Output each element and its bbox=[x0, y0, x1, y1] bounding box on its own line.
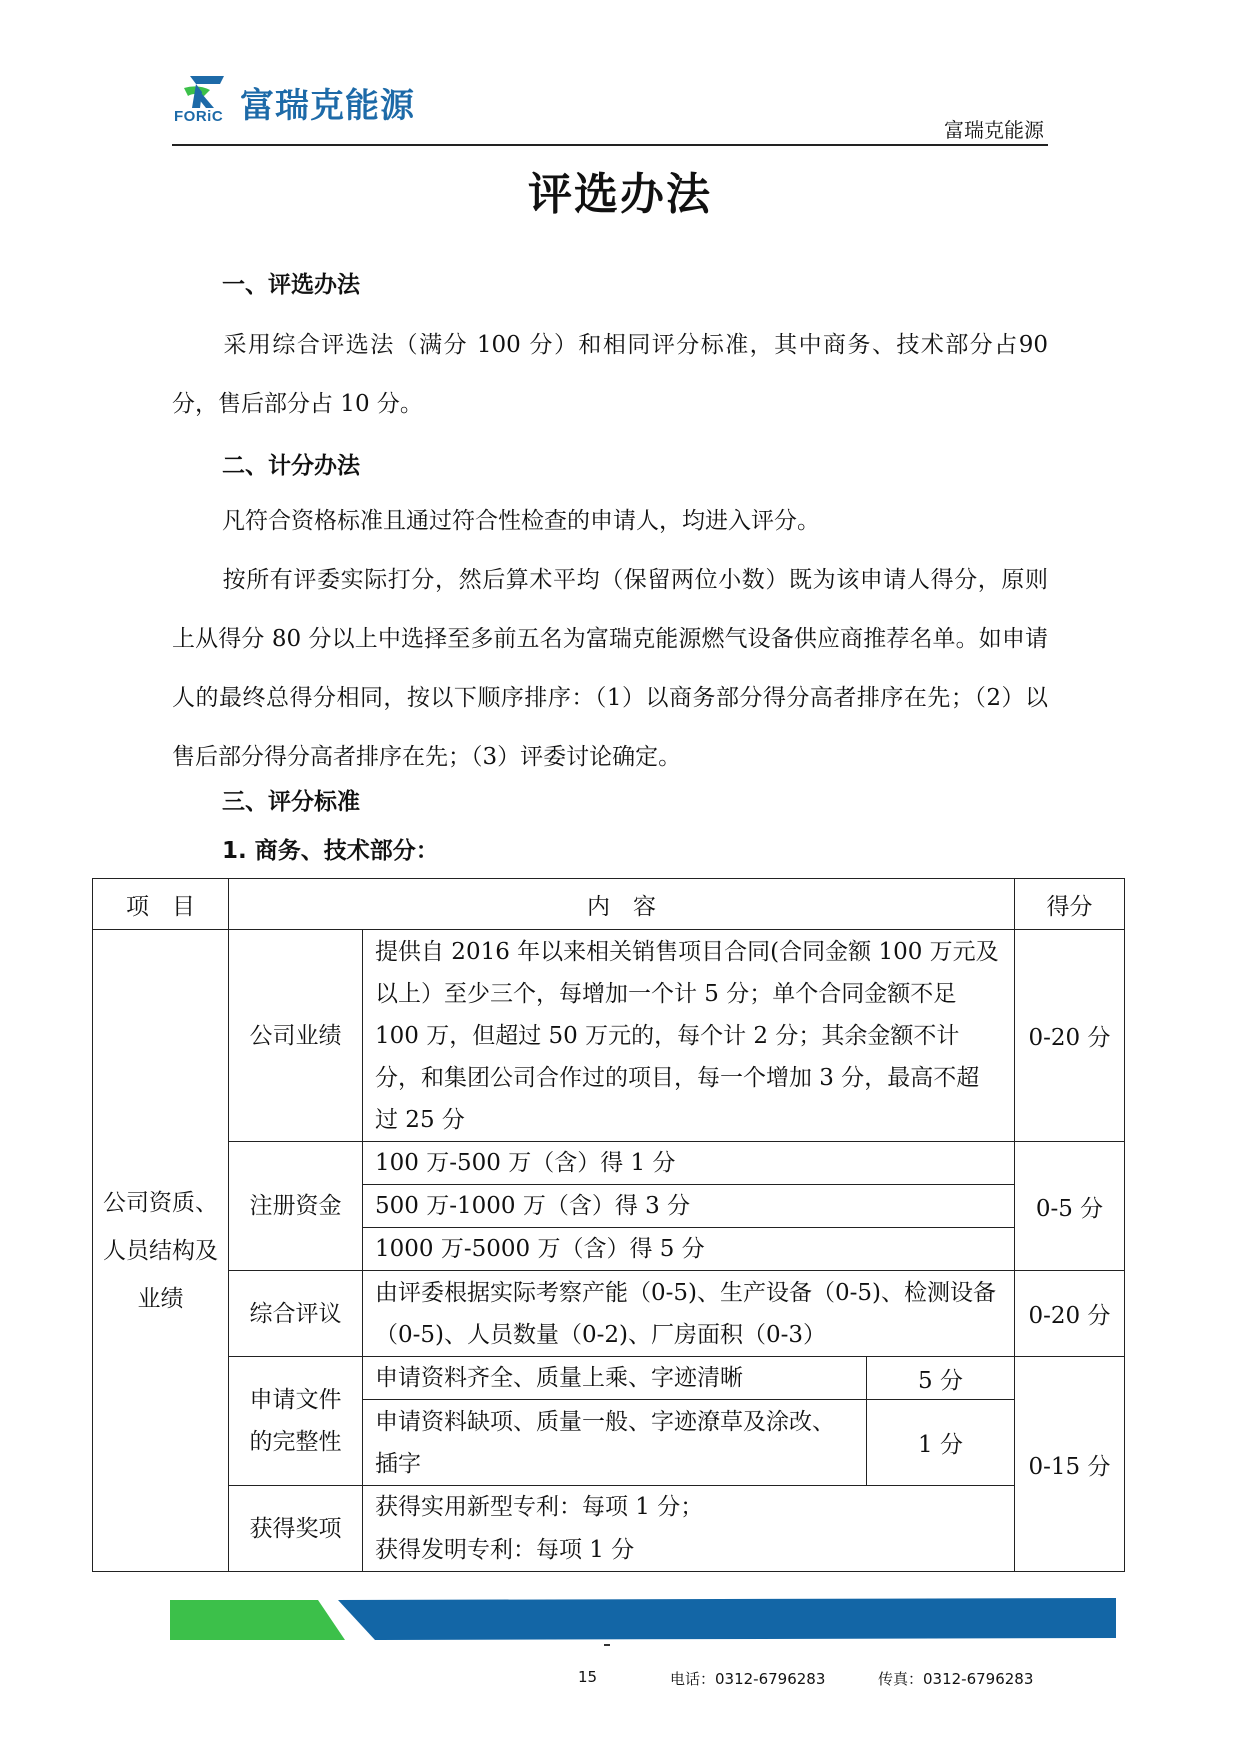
page-number: 15 bbox=[578, 1668, 597, 1686]
scoring-table: 项 目 内 容 得分 公司资质、人员结构及业绩 公司业绩 提供自 2016 年以… bbox=[92, 878, 1125, 1572]
table-row-performance: 公司资质、人员结构及业绩 公司业绩 提供自 2016 年以来相关销售项目合同(合… bbox=[93, 930, 1125, 1142]
capital-label: 注册资金 bbox=[229, 1142, 363, 1271]
section-3-subheading: 1. 商务、技术部分： bbox=[222, 832, 439, 865]
section-1-heading: 一、评选办法 bbox=[222, 266, 360, 299]
documents-awards-score: 0-15 分 bbox=[1015, 1357, 1125, 1572]
section-2-paragraph-2: 按所有评委实际打分，然后算术平均（保留两位小数）既为该申请人得分，原则上从得分 … bbox=[172, 551, 1048, 787]
footer-brand-band bbox=[170, 1598, 1116, 1640]
table-row-documents-1: 申请文件的完整性 申请资料齐全、质量上乘、字迹清晰 5 分 0-15 分 bbox=[93, 1357, 1125, 1400]
capital-score: 0-5 分 bbox=[1015, 1142, 1125, 1271]
footer-phone: 电话：0312-6796283 bbox=[670, 1668, 825, 1689]
capital-item-2: 500 万-1000 万（含）得 3 分 bbox=[363, 1185, 1015, 1228]
section-2-text-2: 按所有评委实际打分，然后算术平均（保留两位小数）既为该申请人得分，原则上从得分 … bbox=[172, 567, 1048, 770]
section-1-paragraph: 采用综合评选法（满分 100 分）和相同评分标准，其中商务、技术部分占90 分，… bbox=[172, 316, 1048, 434]
capital-item-3: 1000 万-5000 万（含）得 5 分 bbox=[363, 1228, 1015, 1271]
section-2-heading: 二、计分办法 bbox=[222, 447, 360, 480]
section-3-heading: 三、评分标准 bbox=[222, 783, 360, 816]
group-label: 公司资质、人员结构及业绩 bbox=[103, 1190, 218, 1312]
section-2-paragraph-1: 凡符合资格标准且通过符合性检查的申请人，均进入评分。 bbox=[172, 492, 1048, 551]
documents-item-2-text: 申请资料缺项、质量一般、字迹潦草及涂改、插字 bbox=[363, 1400, 867, 1486]
documents-item-2-points: 1 分 bbox=[867, 1400, 1015, 1486]
awards-line-2: 获得发明专利：每项 1 分 bbox=[363, 1529, 1015, 1572]
group-label-cell: 公司资质、人员结构及业绩 bbox=[93, 930, 229, 1572]
header-company-name: 富瑞克能源 bbox=[944, 114, 1044, 143]
footer-fax: 传真：0312-6796283 bbox=[878, 1668, 1033, 1689]
header-item: 项 目 bbox=[93, 879, 229, 930]
header-divider bbox=[172, 144, 1048, 146]
table-row-awards-1: 获得奖项 获得实用新型专利：每项 1 分； bbox=[93, 1486, 1125, 1529]
documents-item-1-points: 5 分 bbox=[867, 1357, 1015, 1400]
header-content: 内 容 bbox=[229, 879, 1015, 930]
awards-line-1: 获得实用新型专利：每项 1 分； bbox=[363, 1486, 1015, 1529]
logo-chinese-text: 富瑞克能源 bbox=[240, 78, 415, 127]
review-label: 综合评议 bbox=[229, 1271, 363, 1357]
footer-dash bbox=[604, 1644, 610, 1646]
documents-label: 申请文件的完整性 bbox=[229, 1357, 363, 1486]
foric-logo-icon bbox=[180, 74, 224, 112]
awards-label: 获得奖项 bbox=[229, 1486, 363, 1572]
documents-item-1-text: 申请资料齐全、质量上乘、字迹清晰 bbox=[363, 1357, 867, 1400]
table-row-capital-1: 注册资金 100 万-500 万（含）得 1 分 0-5 分 bbox=[93, 1142, 1125, 1185]
performance-label: 公司业绩 bbox=[229, 930, 363, 1142]
page-title: 评选办法 bbox=[0, 158, 1240, 222]
review-content: 由评委根据实际考察产能（0-5)、生产设备（0-5)、检测设备（0-5)、人员数… bbox=[363, 1271, 1015, 1357]
review-score: 0-20 分 bbox=[1015, 1271, 1125, 1357]
table-header-row: 项 目 内 容 得分 bbox=[93, 879, 1125, 930]
table-row-review: 综合评议 由评委根据实际考察产能（0-5)、生产设备（0-5)、检测设备（0-5… bbox=[93, 1271, 1125, 1357]
performance-score: 0-20 分 bbox=[1015, 930, 1125, 1142]
header-score: 得分 bbox=[1015, 879, 1125, 930]
section-2-text-1: 凡符合资格标准且通过符合性检查的申请人，均进入评分。 bbox=[222, 508, 820, 534]
section-1-text: 采用综合评选法（满分 100 分）和相同评分标准，其中商务、技术部分占90 分，… bbox=[172, 332, 1048, 417]
capital-item-1: 100 万-500 万（含）得 1 分 bbox=[363, 1142, 1015, 1185]
performance-content: 提供自 2016 年以来相关销售项目合同(合同金额 100 万元及以上）至少三个… bbox=[363, 930, 1015, 1142]
logo-latin-text: FORiC bbox=[174, 108, 223, 125]
company-logo: FORiC 富瑞克能源 bbox=[172, 74, 432, 130]
